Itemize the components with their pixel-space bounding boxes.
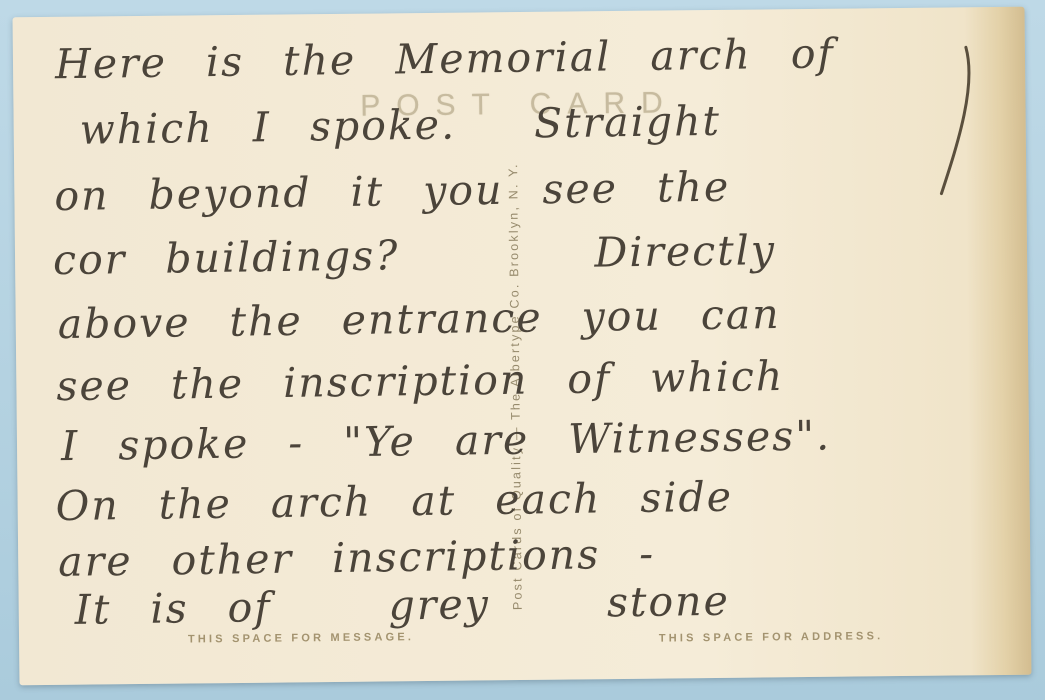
scan-background: POST CARD Post Cards of Quality — The Al… [0,0,1045,700]
handwritten-line: I spoke - "Ye are Witnesses". [61,415,832,467]
postcard: POST CARD Post Cards of Quality — The Al… [13,7,1032,686]
handwritten-line: above the entrance you can [57,294,780,345]
handwritten-line: on beyond it you see the [54,167,730,217]
handwritten-line: It is of grey stone [74,581,730,631]
pen-flourish-stroke [918,45,980,196]
handwritten-line: Here is the Memorial arch of [55,33,835,85]
handwritten-line: are other inscriptions - [58,534,655,583]
handwritten-line: which I spoke. Straight [79,101,721,151]
message-space-label: THIS SPACE FOR MESSAGE. [131,631,471,647]
handwritten-line: On the arch at each side [55,477,733,527]
handwritten-line: see the inscription of which [56,356,784,407]
address-space-label: THIS SPACE FOR ADDRESS. [601,630,941,646]
handwritten-line: cor buildings? Directly [53,230,776,281]
